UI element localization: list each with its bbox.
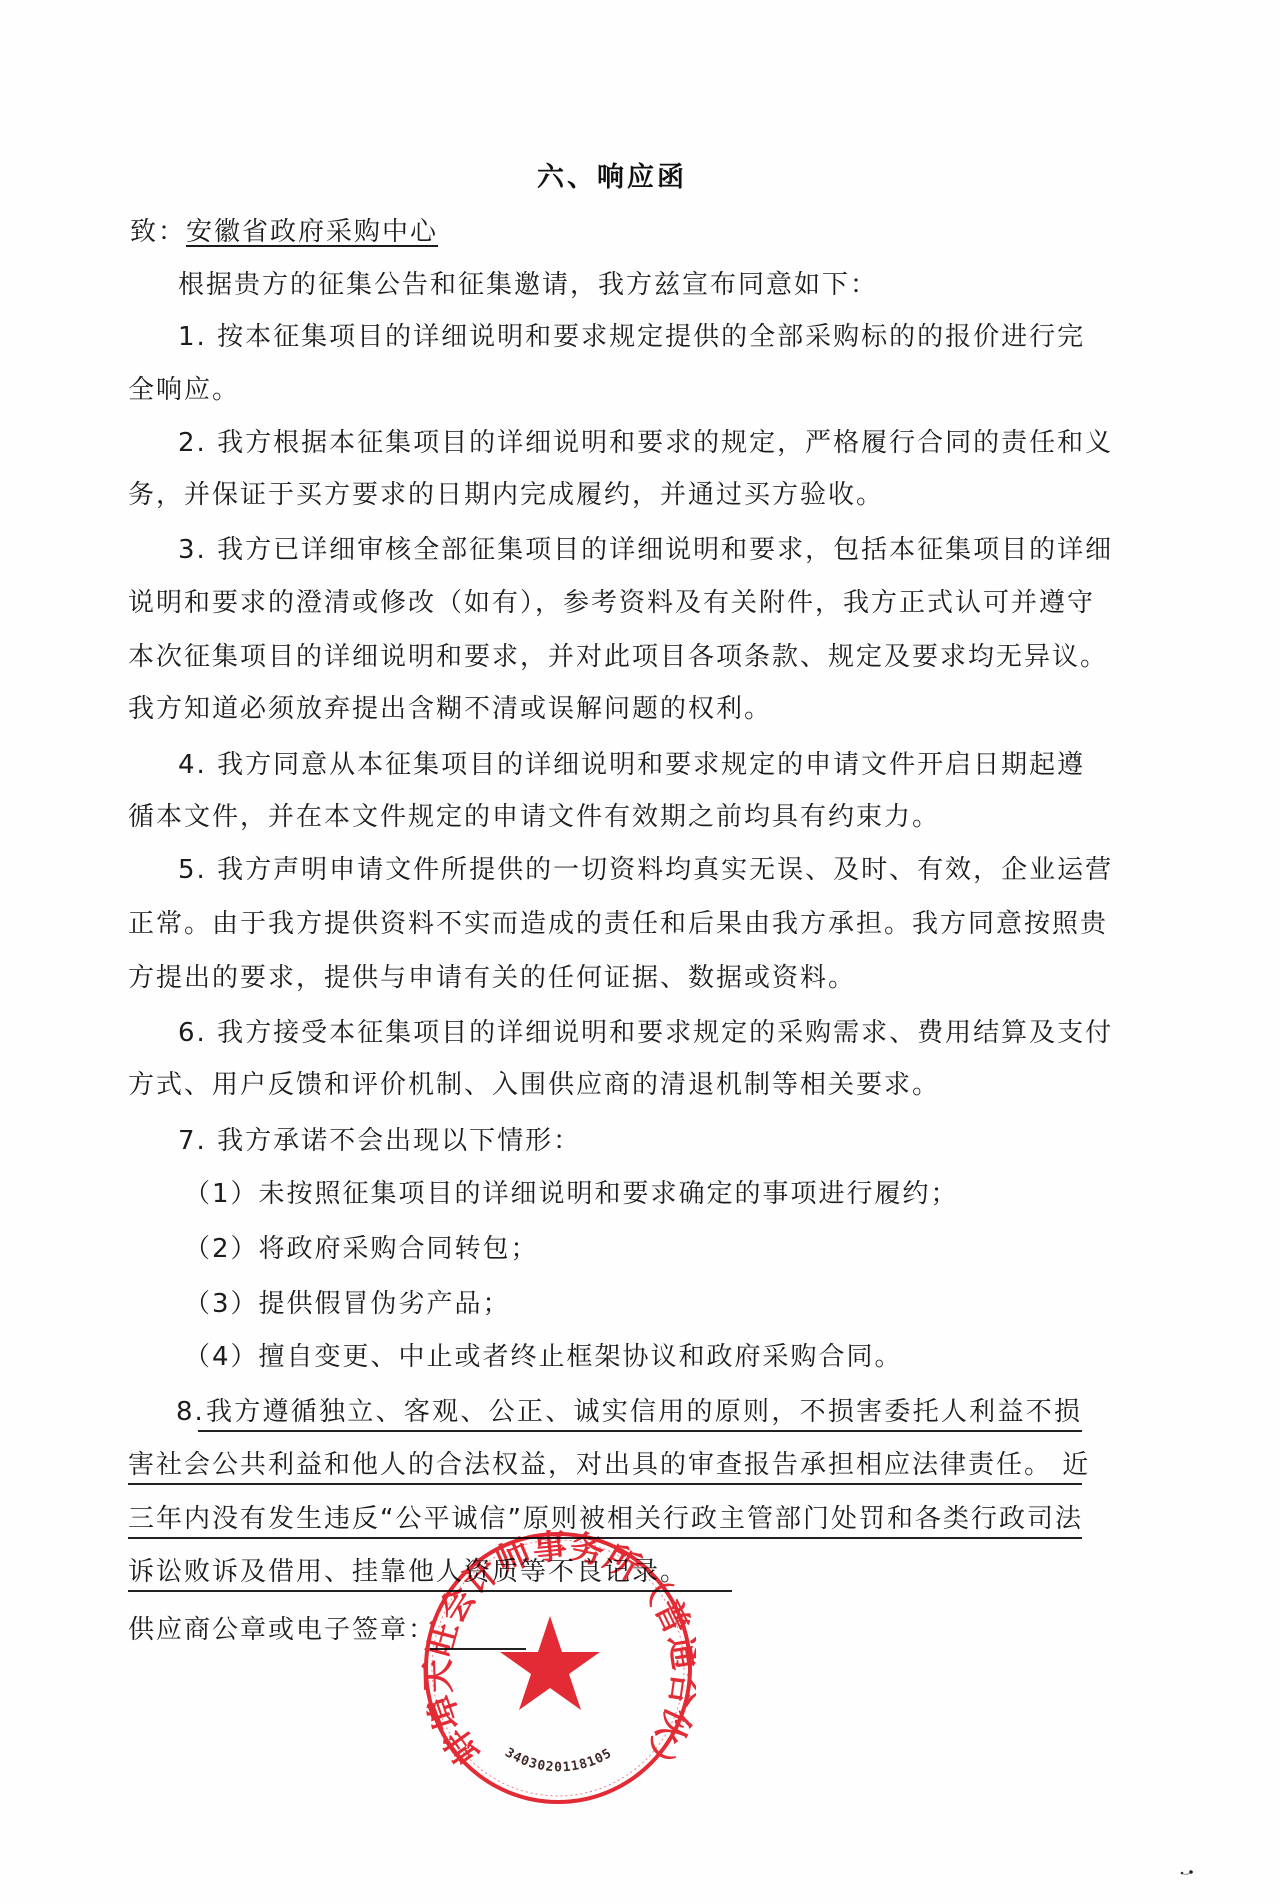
addressee-name: 安徽省政府采购中心	[186, 217, 438, 247]
clause-6-line-1: 6. 我方接受本征集项目的详细说明和要求规定的采购需求、费用结算及支付	[178, 1016, 1082, 1050]
scan-artifact-mark	[1180, 1868, 1194, 1876]
clause-7-line-1: 7. 我方承诺不会出现以下情形：	[178, 1124, 581, 1158]
clause-4-line-2: 循本文件，并在本文件规定的申请文件有效期之前均具有约束力。	[128, 800, 940, 834]
clause-3-line-4: 我方知道必须放弃提出含糊不清或误解问题的权利。	[128, 692, 772, 726]
clause-8-underline-2	[128, 1483, 1082, 1485]
seal-registration-code: 3403020118105	[502, 1745, 615, 1775]
clause-7-item-1: （1）未按照征集项目的详细说明和要求确定的事项进行履约；	[184, 1177, 959, 1211]
addressee-prefix: 致：	[130, 217, 186, 247]
clause-8-line-1-text: 我方遵循独立、客观、公正、诚实信用的原则，不损害委托人利益不损	[206, 1395, 1082, 1429]
clause-8-number: 8.	[176, 1397, 205, 1427]
signature-label: 供应商公章或电子签章：	[128, 1613, 436, 1647]
clause-3-line-3: 本次征集项目的详细说明和要求，并对此项目各项条款、规定及要求均无异议。	[128, 640, 1082, 674]
clause-7-item-3: （3）提供假冒伪劣产品；	[184, 1287, 511, 1321]
clause-7-item-2: （2）将政府采购合同转包；	[184, 1232, 539, 1266]
clause-1-line-2: 全响应。	[128, 373, 240, 407]
company-seal-stamp: 蚌埠天旺会计师事务所（普通合伙） 3403020118105	[420, 1528, 696, 1808]
clause-7-item-4: （4）擅自变更、中止或者终止框架协议和政府采购合同。	[184, 1340, 903, 1374]
document-page: 六、响应函 致：安徽省政府采购中心 根据贵方的征集公告和征集邀请，我方兹宣布同意…	[0, 0, 1280, 1904]
clause-8-line-2: 害社会公共利益和他人的合法权益，对出具的审查报告承担相应法律责任。 近	[128, 1448, 1082, 1482]
page-title: 六、响应函	[537, 161, 687, 195]
intro-paragraph: 根据贵方的征集公告和征集邀请，我方兹宣布同意如下：	[178, 268, 878, 302]
clause-1-line-1: 1. 按本征集项目的详细说明和要求规定提供的全部采购标的的报价进行完	[178, 320, 1082, 354]
seal-star-icon	[500, 1616, 600, 1710]
clause-2-line-1: 2. 我方根据本征集项目的详细说明和要求的规定，严格履行合同的责任和义	[178, 426, 1082, 460]
clause-4-line-1: 4. 我方同意从本征集项目的详细说明和要求规定的申请文件开启日期起遵	[178, 748, 1082, 782]
addressee: 致：安徽省政府采购中心	[130, 215, 438, 249]
clause-5-line-3: 方提出的要求，提供与申请有关的任何证据、数据或资料。	[128, 961, 856, 995]
clause-3-line-2: 说明和要求的澄清或修改（如有），参考资料及有关附件，我方正式认可并遵守	[128, 586, 1082, 620]
clause-8-underline-1	[198, 1430, 1082, 1432]
clause-2-line-2: 务，并保证于买方要求的日期内完成履约，并通过买方验收。	[128, 478, 884, 512]
clause-5-line-2: 正常。由于我方提供资料不实而造成的责任和后果由我方承担。我方同意按照贵	[128, 907, 1082, 941]
clause-6-line-2: 方式、用户反馈和评价机制、入围供应商的清退机制等相关要求。	[128, 1068, 940, 1102]
clause-3-line-1: 3. 我方已详细审核全部征集项目的详细说明和要求，包括本征集项目的详细	[178, 533, 1082, 567]
clause-5-line-1: 5. 我方声明申请文件所提供的一切资料均真实无误、及时、有效，企业运营	[178, 853, 1082, 887]
